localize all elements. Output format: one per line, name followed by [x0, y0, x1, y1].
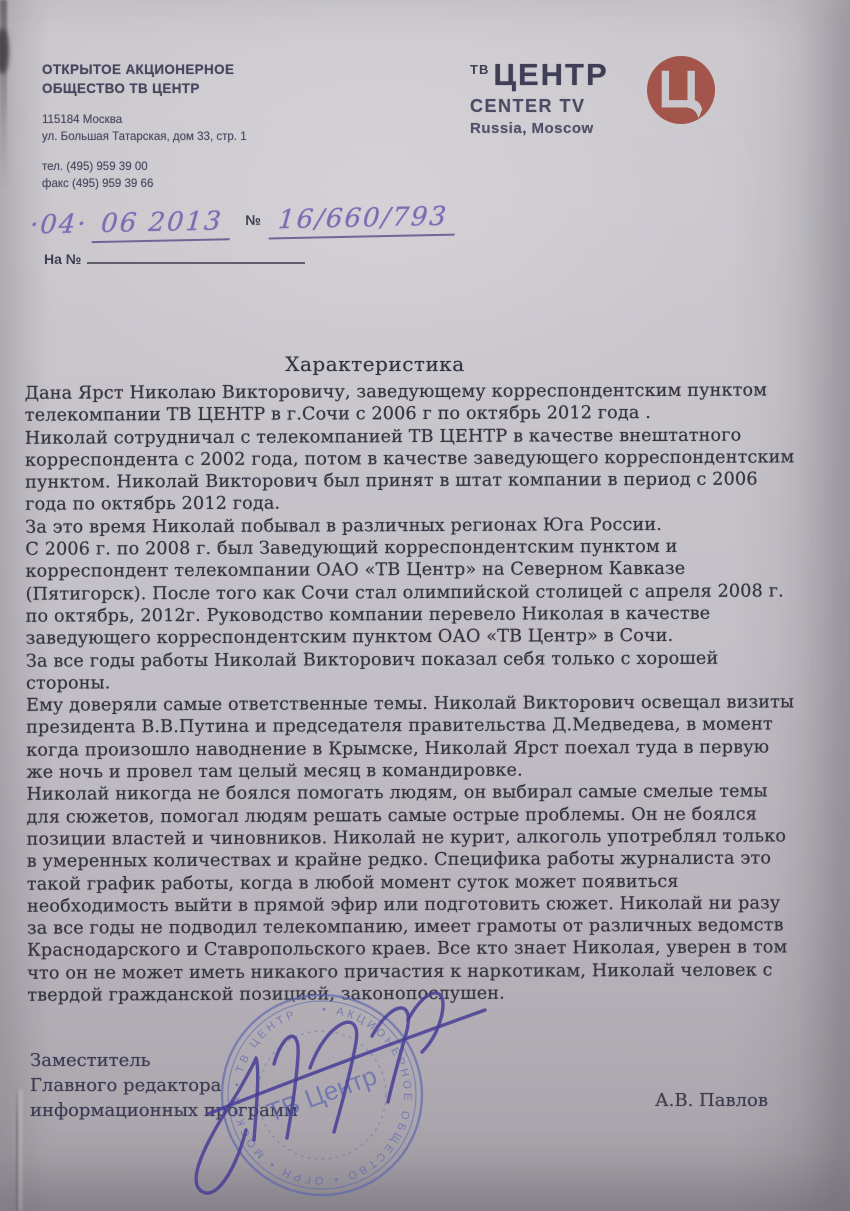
reference-line: ·04· 06 2013 № 16/660/793 [30, 202, 457, 245]
text-line: по октябрь, 2012г. Руководство компании … [26, 602, 816, 628]
logo-text-block: ТВ ЦЕНТР CENTER TV Russia, Moscow [470, 60, 609, 137]
letterhead: ОТКРЫТОЕ АКЦИОНЕРНОЕ ОБЩЕСТВО ТВ ЦЕНТР 1… [42, 60, 247, 192]
paper-crease [16, 1082, 18, 1211]
text-line: Краснодарского и Ставропольского краев. … [27, 937, 817, 963]
postcode-city: 115184 Москва [42, 111, 247, 128]
scanned-letter-photo: ОТКРЫТОЕ АКЦИОНЕРНОЕ ОБЩЕСТВО ТВ ЦЕНТР 1… [0, 0, 850, 1211]
logo-latin-line2: Russia, Moscow [470, 120, 609, 137]
phone-number: тел. (495) 959 39 00 [42, 158, 247, 175]
text-line: пунктом. Николай Викторович был принят в… [25, 468, 815, 494]
logo-tv-prefix: ТВ [470, 62, 489, 77]
reply-to-blank-line [87, 248, 305, 264]
text-line: Николай сотрудничал с телекомпанией ТВ Ц… [25, 424, 815, 450]
text-line: когда произошло наводнение в Крымске, Ни… [26, 736, 816, 762]
text-line: Николай никогда не боялся помогать людям… [26, 781, 816, 807]
reply-to-line: На № [44, 248, 305, 267]
document-title: Характеристика [25, 352, 725, 376]
text-line: в умеренных количествах и крайне редко. … [27, 848, 817, 874]
street-address: ул. Большая Татарская, дом 33, стр. 1 [42, 128, 247, 145]
logo-brand-name: ЦЕНТР [493, 60, 608, 90]
handwritten-date: 06 2013 [91, 206, 231, 243]
text-line: президента В.В.Путина и председателя пра… [26, 714, 816, 740]
tv-center-logo-icon [645, 54, 721, 134]
text-line: Дана Ярст Николаю Викторовичу, заведующе… [25, 379, 815, 405]
handwritten-ref-number: 16/660/793 [269, 202, 458, 240]
handwritten-signature [150, 972, 520, 1211]
fax-number: факс (495) 959 39 66 [42, 175, 247, 192]
logo-latin-line1: CENTER TV [470, 96, 609, 117]
document-body: Дана Ярст Николаю Викторовичу, заведующе… [25, 379, 818, 1007]
photo-edge-artifact [0, 28, 9, 74]
text-line: За все годы работы Николай Викторович по… [26, 647, 816, 673]
handwritten-date-prefix: ·04· [29, 209, 89, 240]
company-name-line2: ОБЩЕСТВО ТВ ЦЕНТР [42, 79, 247, 98]
reply-to-label: На № [44, 251, 81, 267]
number-sign-label: № [245, 212, 261, 228]
paper-crease-highlight [19, 1090, 22, 1211]
company-name-line1: ОТКРЫТОЕ АКЦИОНЕРНОЕ [42, 60, 247, 79]
signer-name: А.В. Павлов [655, 1090, 768, 1111]
